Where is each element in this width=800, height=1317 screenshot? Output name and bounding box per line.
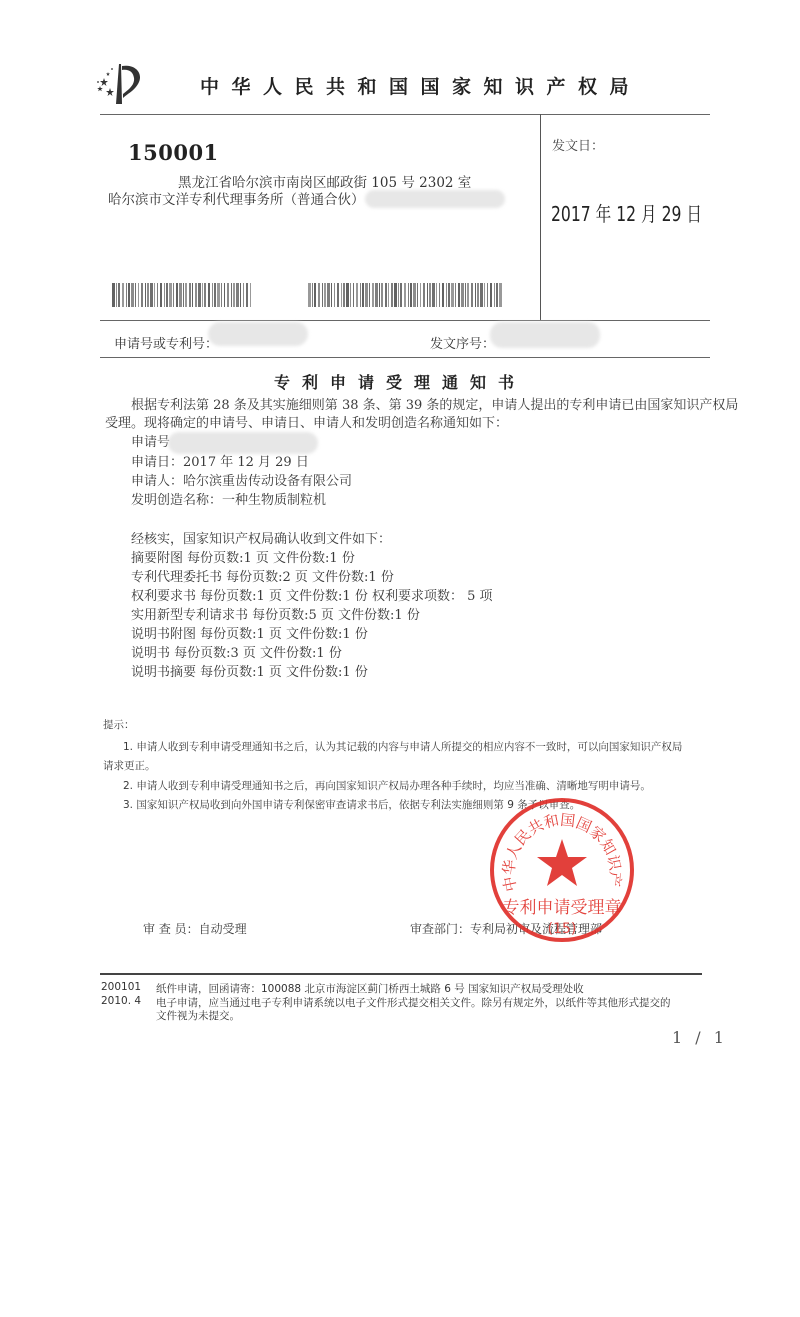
barcode-bar xyxy=(496,283,498,307)
barcode-bar xyxy=(173,283,174,307)
barcode-bar xyxy=(467,283,469,307)
barcode-bar xyxy=(324,283,326,307)
barcode-bar xyxy=(227,283,230,307)
barcode-bar xyxy=(385,283,388,307)
seal-star-icon xyxy=(537,839,587,886)
barcode-bar xyxy=(494,283,495,307)
barcode-bar xyxy=(499,283,502,307)
barcode-bar xyxy=(160,283,163,307)
barcode-bar xyxy=(350,283,351,307)
barcode-bar xyxy=(337,283,340,307)
seal-code: (15) xyxy=(548,921,577,937)
barcode-bar xyxy=(341,283,342,307)
office-title: 中华人民共和国国家知识产权局 xyxy=(200,72,641,99)
barcode-bar xyxy=(128,283,130,307)
barcode-bar xyxy=(126,283,127,307)
header-divider xyxy=(100,114,710,115)
barcode-bar xyxy=(346,283,349,307)
footer-line-1: 纸件申请，回函请寄：100088 北京市海淀区蓟门桥西土城路 6 号 国家知识产… xyxy=(156,981,584,996)
applicant: 申请人：哈尔滨重齿传动设备有限公司 xyxy=(131,473,352,490)
barcode-bar xyxy=(243,283,245,307)
send-date: 2017 年 12 月 29 日 xyxy=(551,198,702,227)
barcode-bar xyxy=(334,283,336,307)
barcode-bar xyxy=(451,283,454,307)
barcode-bar xyxy=(233,283,235,307)
barcode-bar xyxy=(118,283,120,307)
page-number: 1 / 1 xyxy=(672,1028,728,1047)
barcode-bar xyxy=(436,283,437,307)
barcode-bar xyxy=(490,283,493,307)
barcode-serial xyxy=(308,283,504,307)
barcode-bar xyxy=(427,283,428,307)
file-item: 说明书 每份页数:3 页 文件份数:1 份 xyxy=(131,645,342,662)
cnipa-logo-icon xyxy=(92,60,152,110)
barcode-bar xyxy=(240,283,241,307)
barcode-bar xyxy=(169,283,172,307)
tip-1-line-2: 请求更正。 xyxy=(103,758,156,773)
barcode-bar xyxy=(417,283,418,307)
barcode-bar xyxy=(183,283,184,307)
intro-line-2: 受理。现将确定的申请号、申请日、申请人和发明创造名称通知如下： xyxy=(105,415,508,432)
notice-title: 专利申请受理通知书 xyxy=(0,370,800,393)
barcode-bar xyxy=(176,283,178,307)
barcode-bar xyxy=(379,283,380,307)
barcode-bar xyxy=(157,283,159,307)
barcode-bar xyxy=(413,283,416,307)
barcode-bar xyxy=(471,283,474,307)
barcode-bar xyxy=(122,283,125,307)
barcode-bar xyxy=(147,283,149,307)
barcode-bar xyxy=(448,283,450,307)
barcode-bar xyxy=(214,283,216,307)
form-version: 2010. 4 xyxy=(101,995,141,1007)
barcode-bar xyxy=(179,283,182,307)
footer-line-3: 文件视为未提交。 xyxy=(156,1008,240,1023)
reference-divider xyxy=(100,357,710,358)
barcode-bar xyxy=(221,283,222,307)
tip-2: 2. 申请人收到专利申请受理通知书之后，再向国家知识产权局办理各种手续时，均应当… xyxy=(123,778,651,793)
tip-1-line-1: 1. 申请人收到专利申请受理通知书之后，认为其记载的内容与申请人所提交的相应内容… xyxy=(123,739,682,754)
form-code: 200101 xyxy=(101,981,141,993)
redacted-serial-number xyxy=(490,322,600,348)
barcode-bar xyxy=(327,283,330,307)
barcode-bar xyxy=(404,283,407,307)
barcode-bar xyxy=(208,283,211,307)
barcode-bar xyxy=(432,283,435,307)
barcode-bar xyxy=(391,283,393,307)
barcode-bar xyxy=(381,283,383,307)
barcode-bar xyxy=(369,283,370,307)
serial-number-label: 发文序号： xyxy=(430,333,495,352)
barcode-bar xyxy=(318,283,321,307)
barcode-bar xyxy=(343,283,345,307)
send-date-label: 发文日： xyxy=(552,135,604,154)
file-item: 摘要附图 每份页数:1 页 文件份数:1 份 xyxy=(131,550,355,567)
barcode-bar xyxy=(356,283,359,307)
barcode-bar xyxy=(250,283,251,307)
barcode-bar xyxy=(455,283,456,307)
filing-date: 申请日：2017 年 12 月 29 日 xyxy=(131,454,309,471)
barcode-bar xyxy=(116,283,117,307)
barcode-divider xyxy=(100,320,710,321)
redacted-recipient-name xyxy=(365,190,505,208)
barcode-bar xyxy=(394,283,397,307)
barcode-bar xyxy=(400,283,402,307)
barcode-bar xyxy=(484,283,485,307)
intro-line-1: 根据专利法第 28 条及其实施细则第 38 条、第 39 条的规定，申请人提出的… xyxy=(131,397,738,414)
barcode-bar xyxy=(312,283,313,307)
barcode-bar xyxy=(195,283,197,307)
tips-heading: 提示： xyxy=(103,717,135,732)
file-item: 实用新型专利请求书 每份页数:5 页 文件份数:1 份 xyxy=(131,607,420,624)
barcode-bar xyxy=(138,283,140,307)
barcode-bar xyxy=(423,283,426,307)
barcode-bar xyxy=(212,283,213,307)
seal-inner-text: 专利申请受理章 xyxy=(503,897,622,918)
barcode-bar xyxy=(135,283,136,307)
examiner-label: 审 查 员：自动受理 xyxy=(143,921,247,938)
barcode-bar xyxy=(112,283,115,307)
application-number-field-label: 申请号 xyxy=(131,434,170,451)
barcode-application xyxy=(112,283,254,307)
barcode-bar xyxy=(487,283,489,307)
barcode-bar xyxy=(185,283,187,307)
barcode-bar xyxy=(246,283,249,307)
barcode-bar xyxy=(314,283,316,307)
barcode-bar xyxy=(154,283,155,307)
barcode-bar xyxy=(236,283,239,307)
barcode-bar xyxy=(164,283,165,307)
postcode: 150001 xyxy=(128,140,219,165)
barcode-bar xyxy=(224,283,226,307)
file-item: 说明书摘要 每份页数:1 页 文件份数:1 份 xyxy=(131,664,368,681)
barcode-bar xyxy=(322,283,323,307)
barcode-bar xyxy=(410,283,412,307)
barcode-bar xyxy=(141,283,144,307)
barcode-bar xyxy=(362,283,364,307)
barcode-bar xyxy=(353,283,355,307)
barcode-bar xyxy=(202,283,203,307)
barcode-bar xyxy=(331,283,332,307)
barcode-bar xyxy=(131,283,134,307)
barcode-bar xyxy=(408,283,409,307)
barcode-bar xyxy=(150,283,153,307)
barcode-bar xyxy=(461,283,464,307)
barcode-bar xyxy=(231,283,232,307)
barcode-bar xyxy=(198,283,201,307)
barcode-bar xyxy=(465,283,466,307)
barcode-bar xyxy=(439,283,441,307)
barcode-bar xyxy=(475,283,476,307)
barcode-bar xyxy=(375,283,378,307)
recipient-agency: 哈尔滨市文洋专利代理事务所（普通合伙） xyxy=(108,188,365,208)
file-item: 权利要求书 每份页数:1 页 文件份数:1 份 权利要求项数： 5 项 xyxy=(131,588,493,605)
barcode-bar xyxy=(192,283,193,307)
redacted-application-number xyxy=(208,322,308,346)
barcode-bar xyxy=(458,283,460,307)
barcode-bar xyxy=(477,283,479,307)
barcode-bar xyxy=(204,283,206,307)
barcode-bar xyxy=(189,283,192,307)
barcode-bar xyxy=(442,283,445,307)
barcode-bar xyxy=(398,283,399,307)
barcode-bar xyxy=(480,283,483,307)
barcode-bar xyxy=(365,283,368,307)
barcode-bar xyxy=(446,283,447,307)
barcode-bar xyxy=(217,283,220,307)
footer-divider xyxy=(100,973,702,975)
redacted-application-number-2 xyxy=(168,432,318,454)
barcode-bar xyxy=(145,283,146,307)
received-files-heading: 经核实，国家知识产权局确认收到文件如下： xyxy=(131,531,391,548)
barcode-bar xyxy=(308,283,311,307)
official-seal: 中华人民共和国国家知识产权局 专利申请受理章 (15) xyxy=(487,795,637,945)
barcode-bar xyxy=(388,283,389,307)
barcode-bar xyxy=(429,283,431,307)
file-item: 说明书附图 每份页数:1 页 文件份数:1 份 xyxy=(131,626,368,643)
barcode-bar xyxy=(420,283,422,307)
header-column-divider xyxy=(540,114,541,320)
barcode-bar xyxy=(166,283,168,307)
application-number-label: 申请号或专利号： xyxy=(114,333,218,352)
barcode-bar xyxy=(372,283,374,307)
barcode-bar xyxy=(360,283,361,307)
file-item: 专利代理委托书 每份页数:2 页 文件份数:1 份 xyxy=(131,569,394,586)
invention-title: 发明创造名称：一种生物质制粒机 xyxy=(131,492,326,509)
